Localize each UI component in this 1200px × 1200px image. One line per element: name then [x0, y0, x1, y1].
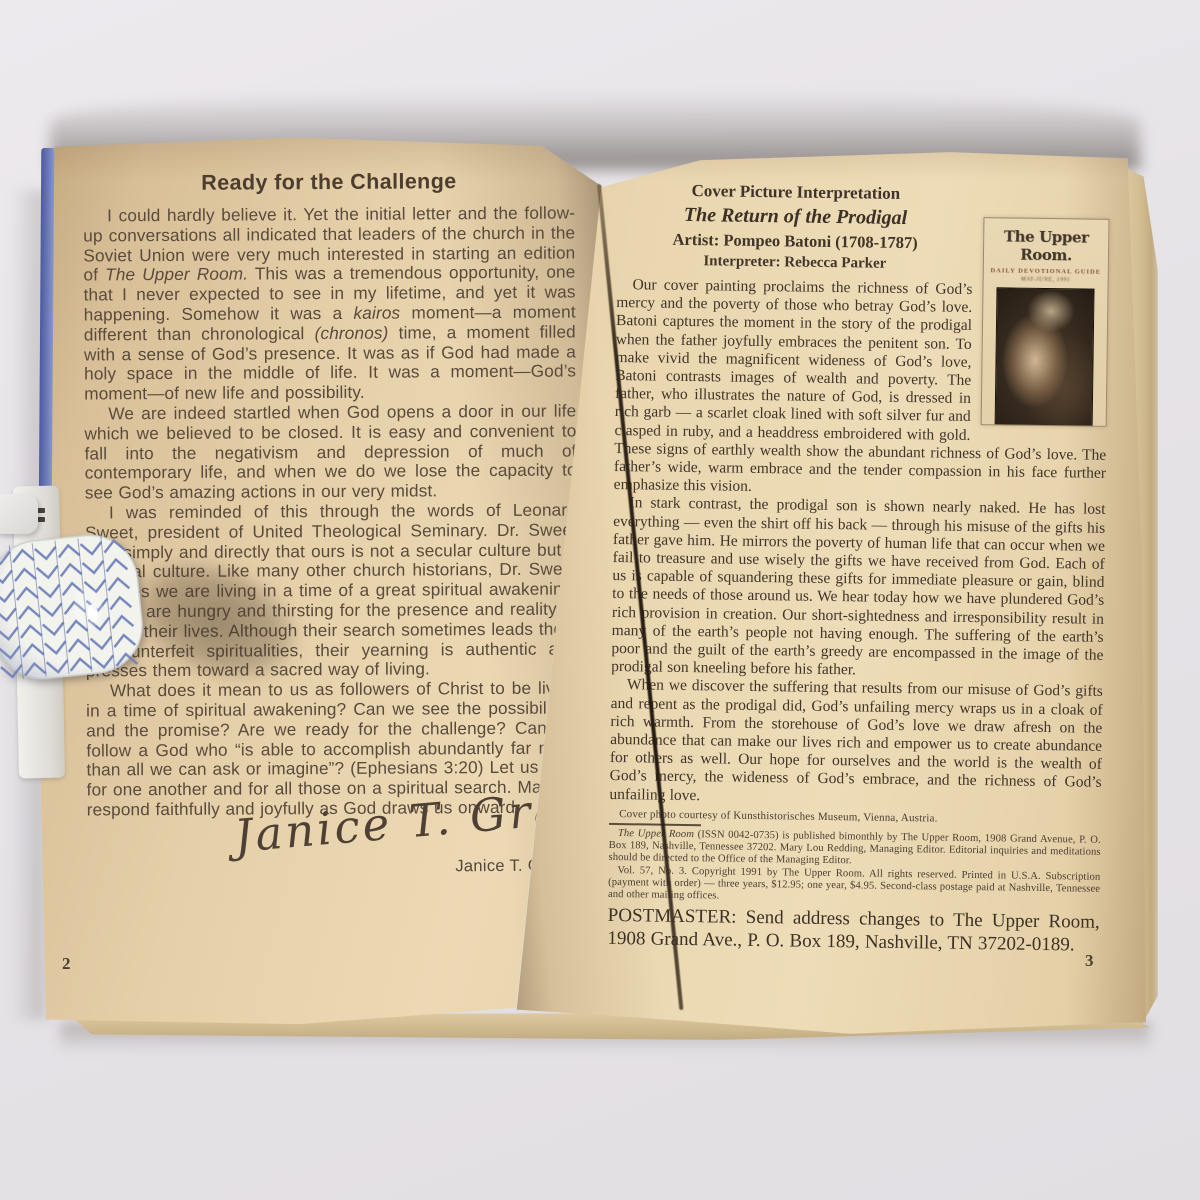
- footnote-divider: [609, 823, 701, 826]
- italic-kairos: kairos: [353, 303, 400, 323]
- right-page: The Upper Room. DAILY DEVOTIONAL GUIDE M…: [505, 145, 1155, 1040]
- left-page-title: Ready for the Challenge: [83, 169, 575, 197]
- right-page-content: The Upper Room. DAILY DEVOTIONAL GUIDE M…: [607, 180, 1110, 957]
- postmaster-notice: POSTMASTER: Send address changes to The …: [607, 904, 1100, 957]
- cover-masthead-logo: The Upper Room.: [984, 227, 1108, 265]
- cover-thumbnail: The Upper Room. DAILY DEVOTIONAL GUIDE M…: [981, 217, 1110, 427]
- italic-title-mention: The Upper Room: [618, 828, 694, 840]
- photo-of-open-booklet: Ready for the Challenge I could hardly b…: [0, 0, 1200, 1200]
- cover-painting-image: [995, 287, 1095, 427]
- blue-cover-edge: [39, 148, 55, 520]
- fine-print-2: Vol. 57, No. 3. Copyright 1991 by The Up…: [608, 864, 1100, 907]
- section-kicker: Cover Picture Interpretation: [618, 180, 1110, 207]
- cover-dateline: MAY-JUNE, 1991: [984, 276, 1108, 284]
- left-page-body: I could hardly believe it. Yet the initi…: [83, 204, 579, 821]
- right-paragraph-2: In stark contrast, the prodigal son is s…: [611, 494, 1105, 683]
- right-paragraph-3: When we discover the suffering that resu…: [609, 676, 1103, 810]
- cover-tagline: DAILY DEVOTIONAL GUIDE: [984, 267, 1108, 276]
- left-paragraph-2: We are indeed startled when God opens a …: [84, 401, 577, 503]
- white-object-edge: [0, 494, 38, 534]
- left-paragraph-1: I could hardly believe it. Yet the initi…: [83, 204, 576, 405]
- fine-print-1: The Upper Room (ISSN 0042-0735) is publi…: [608, 828, 1100, 871]
- italic-title-mention: The Upper Room.: [105, 264, 248, 285]
- italic-chronos: (chronos): [314, 322, 388, 342]
- masthead-fine-print: The Upper Room (ISSN 0042-0735) is publi…: [608, 828, 1101, 908]
- porcelain-chopstick-rest: [0, 528, 149, 685]
- page-number-3: 3: [1085, 951, 1094, 971]
- page-number-2: 2: [62, 954, 71, 974]
